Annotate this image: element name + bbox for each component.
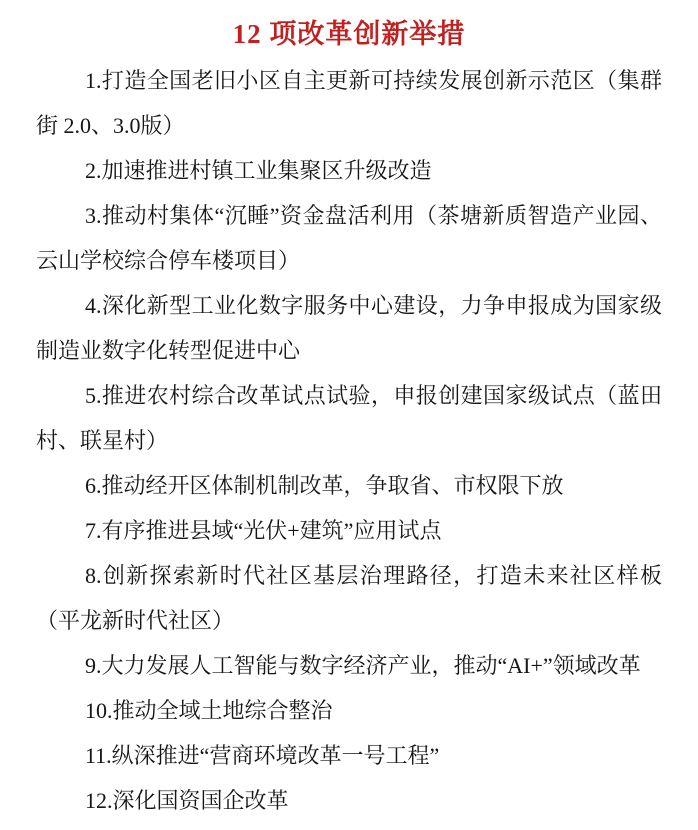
list-item-line: 12.深化国资国企改革 [36,778,662,823]
list-item-line: 6.推动经开区体制机制改革，争取省、市权限下放 [36,463,662,508]
list-item-line: 云山学校综合停车楼项目） [36,238,662,283]
list-item-line: 街 2.0、3.0版） [36,103,662,148]
list-item-line: 村、联星村） [36,418,662,463]
list-item-line: 3.推动村集体“沉睡”资金盘活利用（茶塘新质智造产业园、 [36,193,662,238]
list-item-line: 4.深化新型工业化数字服务中心建设，力争申报成为国家级 [36,283,662,328]
list-item: 3.推动村集体“沉睡”资金盘活利用（茶塘新质智造产业园、云山学校综合停车楼项目） [36,193,662,283]
list-item: 9.大力发展人工智能与数字经济产业，推动“AI+”领域改革 [36,643,662,688]
list-item-line: 11.纵深推进“营商环境改革一号工程” [36,733,662,778]
list-item-line: （平龙新时代社区） [36,598,662,643]
list-item-line: 5.推进农村综合改革试点试验，申报创建国家级试点（蓝田 [36,373,662,418]
list-item-line: 7.有序推进县域“光伏+建筑”应用试点 [36,508,662,553]
list-item: 8.创新探索新时代社区基层治理路径，打造未来社区样板（平龙新时代社区） [36,553,662,643]
list-item: 2.加速推进村镇工业集聚区升级改造 [36,148,662,193]
list-item: 5.推进农村综合改革试点试验，申报创建国家级试点（蓝田村、联星村） [36,373,662,463]
list-item: 7.有序推进县域“光伏+建筑”应用试点 [36,508,662,553]
list-item: 4.深化新型工业化数字服务中心建设，力争申报成为国家级制造业数字化转型促进中心 [36,283,662,373]
measures-list: 1.打造全国老旧小区自主更新可持续发展创新示范区（集群街 2.0、3.0版）2.… [0,58,698,823]
list-item-line: 2.加速推进村镇工业集聚区升级改造 [36,148,662,193]
list-item-line: 1.打造全国老旧小区自主更新可持续发展创新示范区（集群 [36,58,662,103]
list-item: 12.深化国资国企改革 [36,778,662,823]
page-title: 12 项改革创新举措 [0,0,698,53]
list-item-line: 10.推动全域土地综合整治 [36,688,662,733]
list-item-line: 制造业数字化转型促进中心 [36,328,662,373]
list-item: 6.推动经开区体制机制改革，争取省、市权限下放 [36,463,662,508]
document-page: 12 项改革创新举措 1.打造全国老旧小区自主更新可持续发展创新示范区（集群街 … [0,0,698,830]
list-item: 10.推动全域土地综合整治 [36,688,662,733]
list-item: 11.纵深推进“营商环境改革一号工程” [36,733,662,778]
list-item-line: 9.大力发展人工智能与数字经济产业，推动“AI+”领域改革 [36,643,662,688]
list-item-line: 8.创新探索新时代社区基层治理路径，打造未来社区样板 [36,553,662,598]
list-item: 1.打造全国老旧小区自主更新可持续发展创新示范区（集群街 2.0、3.0版） [36,58,662,148]
